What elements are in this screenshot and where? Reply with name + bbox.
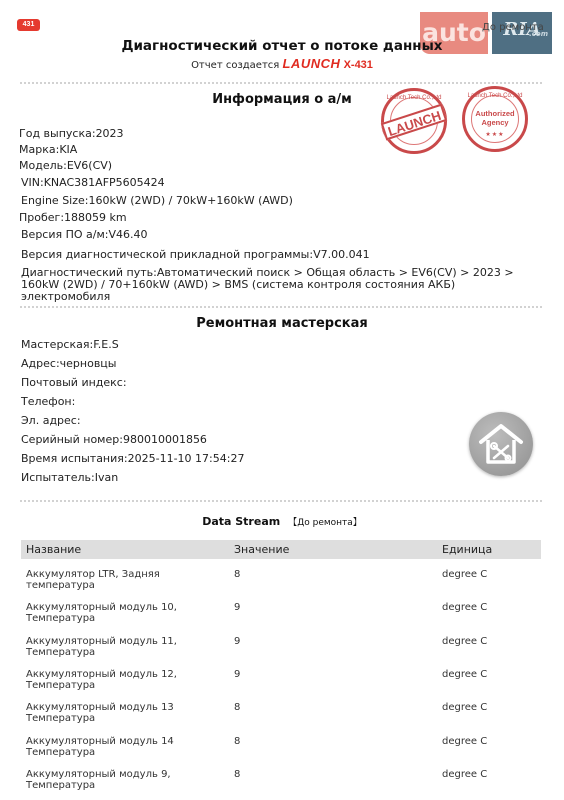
x431-badge: 431: [17, 19, 40, 31]
launch-stamp-icon: Launch Tech Co.,Ltd LAUNCH: [381, 88, 447, 154]
launch-logo: LAUNCH: [282, 56, 340, 71]
repair-house-icon: [469, 412, 533, 476]
field-test-time: Время испытания:2025-11-10 17:54:27: [21, 452, 244, 465]
cell-name: Аккумуляторный модуль 12, Температура: [26, 669, 221, 691]
cell-unit: degree C: [442, 702, 487, 713]
cell-unit: degree C: [442, 769, 487, 780]
watermark-overlay-text: До ремонта: [482, 22, 544, 33]
divider: [20, 82, 542, 84]
cell-name: Аккумуляторный модуль 10, Температура: [26, 602, 221, 624]
cell-value: 9: [234, 669, 240, 680]
field-vin: VIN:KNAC381AFP5605424: [21, 176, 165, 189]
field-email: Эл. адрес:: [21, 414, 81, 427]
cell-value: 8: [234, 569, 240, 580]
stamp-ring-text: Launch Tech Co.,Ltd: [384, 95, 444, 101]
column-unit: Единица: [442, 543, 492, 556]
field-software-version: Версия ПО а/м:V46.40: [21, 228, 148, 241]
stamp-agency-text: Authorized Agency: [465, 109, 525, 127]
divider: [20, 306, 542, 308]
field-make: Марка:KIA: [19, 143, 77, 156]
stamp-authorized: Authorized: [465, 109, 525, 118]
cell-name: Аккумуляторный модуль 14 Температура: [26, 736, 221, 758]
cell-unit: degree C: [442, 736, 487, 747]
field-year: Год выпуска:2023: [19, 127, 124, 140]
field-mileage: Пробег:188059 km: [19, 211, 127, 224]
cell-name: Аккумуляторный модуль 13 Температура: [26, 702, 221, 724]
field-phone: Телефон:: [21, 395, 75, 408]
cell-value: 8: [234, 736, 240, 747]
field-workshop: Мастерская:F.E.S: [21, 338, 119, 351]
field-postal-code: Почтовый индекс:: [21, 376, 127, 389]
table-header: Название Значение Единица: [21, 540, 541, 559]
cell-unit: degree C: [442, 636, 487, 647]
field-diagnostic-path: Диагностический путь:Автоматический поис…: [21, 267, 541, 303]
stamp-ring-text: Launch Tech Co.,Ltd: [465, 93, 525, 99]
cell-value: 8: [234, 769, 240, 780]
cell-name: Аккумуляторный модуль 9, Температура: [26, 769, 221, 791]
cell-unit: degree C: [442, 569, 487, 580]
workshop-title: Ремонтная мастерская: [0, 316, 564, 331]
cell-unit: degree C: [442, 669, 487, 680]
stamp-stars: ★★★: [465, 131, 525, 138]
cell-value: 9: [234, 602, 240, 613]
data-stream-title: Data Stream: [202, 515, 280, 528]
field-serial-number: Серийный номер:980010001856: [21, 433, 207, 446]
cell-value: 8: [234, 702, 240, 713]
data-stream-subtitle: 【До ремонта】: [288, 518, 362, 528]
field-address: Адрес:черновцы: [21, 357, 116, 370]
field-app-version: Версия диагностической прикладной програ…: [21, 248, 370, 261]
field-model: Модель:EV6(CV): [19, 159, 112, 172]
cell-value: 9: [234, 636, 240, 647]
field-engine-size: Engine Size:160kW (2WD) / 70kW+160kW (AW…: [21, 194, 293, 207]
cell-name: Аккумулятор LTR, Задняя температура: [26, 569, 221, 591]
data-stream-heading: Data Stream【До ремонта】: [0, 515, 564, 528]
field-tester: Испытатель:Ivan: [21, 471, 118, 484]
report-subtitle: Отчет создается LAUNCH X-431: [0, 56, 564, 71]
authorized-agency-stamp-icon: Launch Tech Co.,Ltd Authorized Agency ★★…: [462, 86, 528, 152]
stamp-agency: Agency: [465, 118, 525, 127]
subtitle-prefix: Отчет создается: [191, 60, 279, 71]
column-value: Значение: [234, 543, 289, 556]
column-name: Название: [26, 543, 81, 556]
cell-name: Аккумуляторный модуль 11, Температура: [26, 636, 221, 658]
divider: [20, 500, 542, 502]
report-title: Диагностический отчет о потоке данных: [0, 38, 564, 54]
x431-logo: X-431: [344, 59, 373, 71]
cell-unit: degree C: [442, 602, 487, 613]
